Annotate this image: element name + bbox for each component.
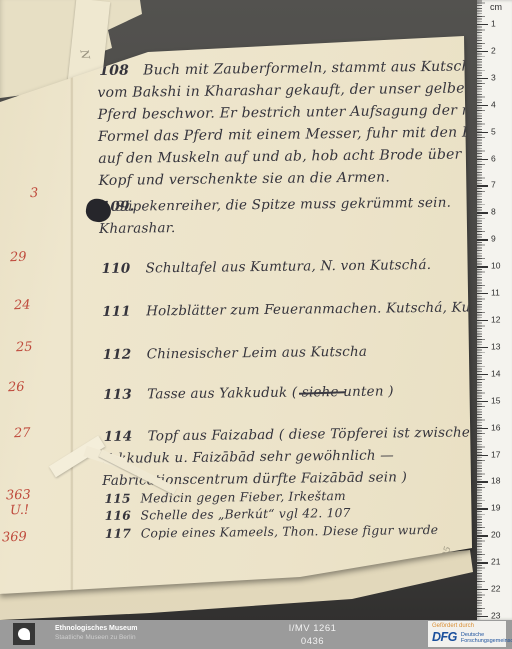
ruler-cm-tick [477,347,488,348]
ruler-cm-number: 15 [491,395,500,405]
entry-line: Schultafel aus Kumtura, N. von Kutschá. [99,254,431,280]
entry-line: Copie eines Kameels, Thon. Diese figur w… [103,521,439,543]
manuscript-page-wrap: 108Buch mit Zauberformeln, stammt aus Ku… [0,0,512,649]
dfg-full-name: Deutsche Forschungsgemeinschaft [461,632,507,644]
ruler-cm-number: 6 [491,153,496,163]
object-id-page: 0436 [240,636,385,647]
ruler-unit-label: cm [490,2,502,12]
entry-line: Säpekenreiher, die Spitze muss gekrümmt … [99,192,451,218]
scan-photograph: N 108Buch mit Zauberformeln, stammt aus … [0,0,512,649]
ruler-cm-tick [477,212,488,213]
ruler-cm-number: 5 [491,126,496,136]
ruler-cm-tick [477,589,488,590]
entry-line: Chinesischer Leim aus Kutscha [101,341,368,366]
ruler-cm-number: 4 [491,99,496,109]
object-id: I/MV 1261 0436 [240,623,385,647]
catalog-entry: 112Chinesischer Leim aus Kutscha [101,341,368,366]
entry-number: 116 [105,507,131,525]
museum-label: Ethnologisches Museum Staatliche Museen … [55,624,137,642]
funding-label: Gefördert durch [432,623,474,629]
ruler-cm-tick [477,562,488,563]
ruler-cm-tick [477,132,488,133]
ruler-cm-number: 23 [491,610,500,620]
ruler-half-cm-ticks [477,0,485,618]
entry-line: Kharashar. [99,214,451,240]
margin-number: 363 [6,488,31,504]
margin-number: 26 [8,380,25,396]
manuscript-page: 108Buch mit Zauberformeln, stammt aus Ku… [0,0,512,649]
ruler-cm-tick [477,616,488,617]
ruler-cm-tick [477,401,488,402]
pencil-note: 595 [440,545,454,564]
catalog-entry: 113Tasse aus Yakkuduk ( siehe unten ) [101,380,394,406]
museum-name: Ethnologisches Museum [55,624,137,633]
entry-line: Holzblätter zum Feueranmachen. Kutschá, … [100,296,512,323]
footer-bar: Ethnologisches Museum Staatliche Museen … [0,620,512,649]
entry-number: 111 [102,301,131,323]
ruler-cm-number: 3 [491,72,496,82]
ruler-cm-tick [477,51,488,52]
entry-line: Topf aus Faizabad ( diese Töpferei ist z… [102,421,480,448]
margin-number: 27 [14,426,31,442]
museum-subtitle: Staatliche Museen zu Berlin [55,633,137,642]
ruler-cm-number: 10 [491,261,500,271]
ruler-cm-number: 11 [491,288,500,298]
entry-number: 117 [105,525,131,543]
entry-line: Kopf und verschenkte sie an die Armen. [98,165,512,192]
ruler-cm-tick [477,105,488,106]
ruler-cm-tick [477,24,488,25]
entry-number: 110 [101,258,130,280]
ruler-cm-number: 8 [491,207,496,217]
ruler-cm-number: 17 [491,449,500,459]
catalog-entry: 111Holzblätter zum Feueranmachen. Kutsch… [100,296,512,323]
binding-crease [70,40,74,600]
margin-number: 29 [10,250,27,266]
ruler-cm-tick [477,374,488,375]
catalog-entry: 110Schultafel aus Kumtura, N. von Kutsch… [99,254,431,280]
catalog-entry: 109.Säpekenreiher, die Spitze muss gekrü… [99,192,452,240]
ruler-cm-number: 1 [491,19,496,29]
ruler-cm-tick [477,293,488,294]
ruler-cm-tick [477,159,488,160]
cm-ruler: cm 1234567891011121314151617181920212223 [477,0,512,620]
ruler-cm-number: 16 [491,422,500,432]
margin-number: 22 [18,60,35,76]
ruler-cm-number: 13 [491,341,500,351]
ruler-cm-number: 21 [491,557,500,567]
entry-number: 115 [104,490,130,508]
margin-number: 25 [16,340,33,356]
entry-line: Tasse aus Yakkuduk ( siehe unten ) [101,380,394,406]
dfg-logo: Gefördert durch DFG Deutsche Forschungsg… [428,621,506,647]
entry-number: 114 [104,426,133,448]
entry-number: 108 [99,60,129,82]
entry-number: 113 [103,384,132,406]
dfg-logo-row: DFG Deutsche Forschungsgemeinschaft [432,630,507,644]
ruler-cm-tick [477,185,488,186]
ruler-cm-number: 19 [491,503,500,513]
ruler-cm-number: 12 [491,314,500,324]
ruler-cm-number: 7 [491,180,496,190]
ruler-cm-tick [477,455,488,456]
museum-logo-icon [13,623,35,645]
entry-number: 112 [103,344,132,366]
ruler-cm-tick [477,481,488,482]
ruler-cm-tick [477,508,488,509]
ruler-cm-tick [477,535,488,536]
margin-number: 369 [2,530,27,546]
museum-logo-glyph [18,628,30,640]
ruler-cm-number: 18 [491,476,500,486]
object-id-signature: I/MV 1261 [240,623,385,634]
catalog-entry: 108Buch mit Zauberformeln, stammt aus Ku… [97,55,512,192]
ruler-cm-number: 20 [491,530,500,540]
ruler-cm-tick [477,428,488,429]
ruler-cm-tick [477,239,488,240]
ruler-cm-tick [477,320,488,321]
dfg-acronym: DFG [432,630,457,644]
ruler-cm-tick [477,78,488,79]
margin-number: U.! [10,503,30,519]
catalog-entry: 117Copie eines Kameels, Thon. Diese figu… [103,521,439,543]
ruler-cm-number: 14 [491,368,500,378]
margin-number: 3 [30,186,39,201]
ruler-cm-tick [477,266,488,267]
margin-number: 24 [14,298,31,314]
ruler-cm-number: 22 [491,584,500,594]
ruler-cm-number: 9 [491,234,496,244]
ruler-cm-number: 2 [491,45,496,55]
